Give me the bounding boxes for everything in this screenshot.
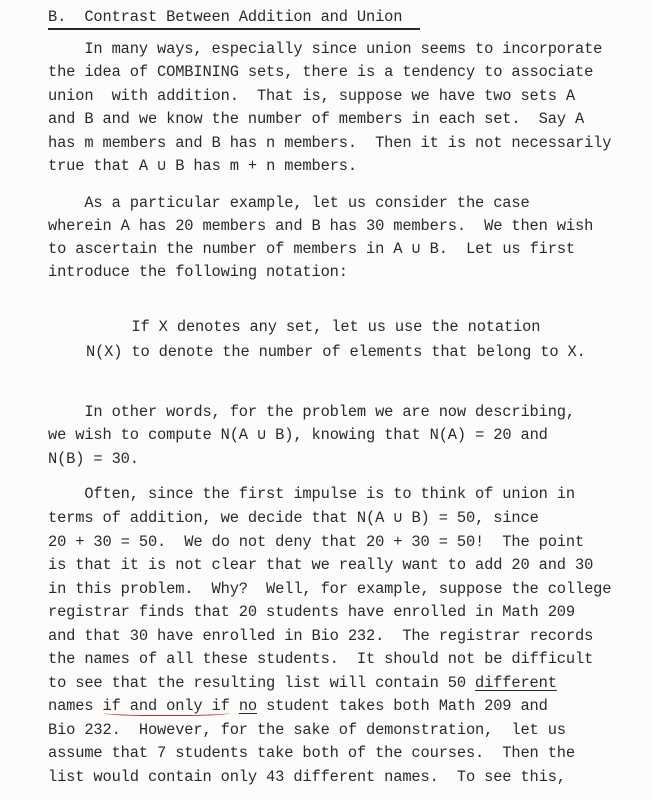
underlined-no: no	[239, 697, 257, 715]
text-line: N(X) to denote the number of elements th…	[86, 342, 586, 362]
text-line: In many ways, especially since union see…	[48, 39, 602, 59]
text-span: student takes both Math 209 and	[257, 697, 548, 715]
text-line: and that 30 have enrolled in Bio 232. Th…	[48, 626, 593, 646]
text-line: the names of all these students. It shou…	[48, 649, 593, 669]
text-line: list would contain only 43 different nam…	[48, 767, 566, 787]
text-line: introduce the following notation:	[48, 262, 348, 282]
text-line: Often, since the first impulse is to thi…	[48, 484, 575, 504]
text-line: terms of addition, we decide that N(A ∪ …	[48, 508, 539, 528]
text-line: in this problem. Why? Well, for example,…	[48, 579, 611, 599]
text-line: we wish to compute N(A ∪ B), knowing tha…	[48, 425, 548, 445]
underlined-different: different	[475, 674, 557, 692]
text-line: N(B) = 30.	[48, 449, 139, 469]
text-line: In other words, for the problem we are n…	[48, 402, 575, 422]
text-span: names	[48, 697, 103, 715]
text-span: to see that the resulting list will cont…	[48, 674, 475, 692]
text-line: true that A ∪ B has m + n members.	[48, 156, 357, 176]
text-line: union with addition. That is, suppose we…	[48, 86, 575, 106]
text-line: assume that 7 students take both of the …	[48, 743, 575, 763]
text-line: As a particular example, let us consider…	[48, 193, 530, 213]
red-pen-underline-phrase: if and only if	[103, 697, 230, 716]
text-line: the idea of COMBINING sets, there is a t…	[48, 62, 593, 82]
text-line: is that it is not clear that we really w…	[48, 555, 593, 575]
heading-underline	[48, 28, 420, 30]
section-heading: B. Contrast Between Addition and Union	[48, 7, 402, 27]
text-span	[230, 697, 239, 715]
text-line: names if and only if no student takes bo…	[48, 696, 548, 716]
text-line: has m members and B has n members. Then …	[48, 133, 611, 153]
text-line: registrar finds that 20 students have en…	[48, 602, 575, 622]
text-line: to ascertain the number of members in A …	[48, 239, 575, 259]
text-line: 20 + 30 = 50. We do not deny that 20 + 3…	[48, 532, 584, 552]
text-line: and B and we know the number of members …	[48, 109, 584, 129]
text-line: wherein A has 20 members and B has 30 me…	[48, 216, 593, 236]
text-line: If X denotes any set, let us use the not…	[86, 317, 540, 337]
text-line: to see that the resulting list will cont…	[48, 673, 557, 693]
text-line: Bio 232. However, for the sake of demons…	[48, 720, 566, 740]
